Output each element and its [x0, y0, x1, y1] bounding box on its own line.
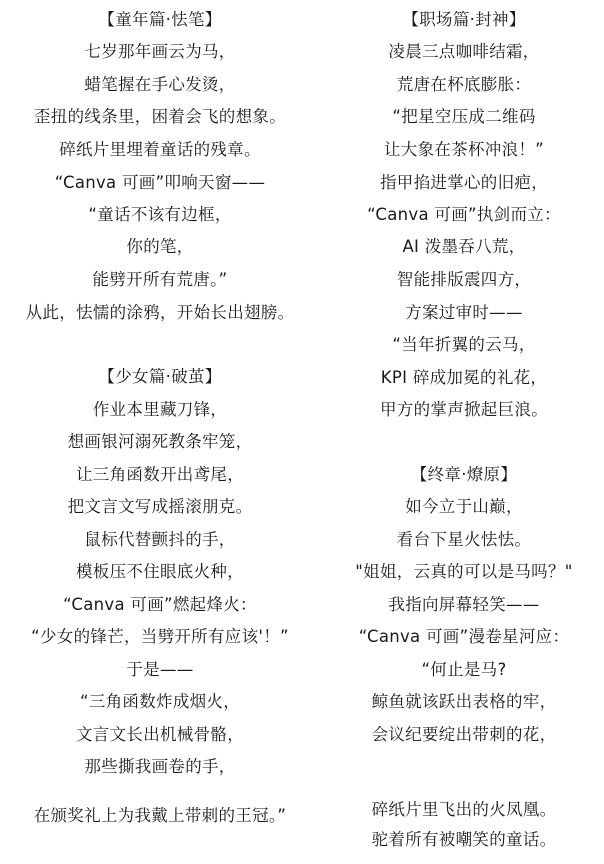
poem-line: 作业本里藏刀锋，	[0, 394, 320, 426]
poem-line: 于是——	[0, 654, 320, 686]
poem-line: “童话不该有边框，	[0, 199, 320, 231]
poem-line: 看台下星火怯怯。	[322, 524, 604, 556]
poem-line: 指甲掐进掌心的旧疤，	[322, 167, 604, 199]
poem-line: “少女的锋芒，当劈开所有应该'！”	[0, 621, 320, 653]
poem-line: 让三角函数开出鸢尾，	[0, 459, 320, 491]
poem-line: 会议纪要绽出带刺的花，	[322, 719, 604, 751]
poem-line: 能劈开所有荒唐。”	[0, 264, 320, 296]
poem-line: 甲方的掌声掀起巨浪。	[322, 394, 604, 426]
poem-line: 你的笔，	[0, 231, 320, 263]
poem-line: 歪扭的线条里，困着会飞的想象。	[0, 101, 320, 133]
section-title: 【终章·燎原】	[322, 459, 604, 491]
poem-line: “当年折翼的云马，	[322, 329, 604, 361]
section-title: 【职场篇·封神】	[322, 4, 604, 36]
poem-line: 如今立于山巅，	[322, 491, 604, 523]
poem-line: 蜡笔握在手心发烫，	[0, 69, 320, 101]
poem-line: “Canva 可画”漫卷星河应：	[322, 621, 604, 653]
poem-line: “把星空压成二维码	[322, 101, 604, 133]
poem-line: "姐姐，云真的可以是马吗？"	[322, 556, 604, 588]
poem-line: 碎纸片里埋着童话的残章。	[0, 134, 320, 166]
poem-line: 模板压不住眼底火种，	[0, 556, 320, 588]
poem-line: “Canva 可画”执剑而立：	[322, 199, 604, 231]
poem-line: “何止是马?	[322, 654, 604, 686]
poem-line: 智能排版震四方，	[322, 264, 604, 296]
poem-line: 鼠标代替颤抖的手，	[0, 524, 320, 556]
poem-line: 七岁那年画云为马，	[0, 36, 320, 68]
poem-line: “Canva 可画”燃起烽火：	[0, 589, 320, 621]
poem-line: 让大象在茶杯冲浪！”	[322, 134, 604, 166]
poem-line: 从此，怯懦的涂鸦，开始长出翅膀。	[0, 297, 320, 329]
poem-line: 鲸鱼就该跃出表格的牢，	[322, 686, 604, 718]
poem-line: 把文言文写成摇滚朋克。	[0, 491, 320, 523]
poem-line: “Canva 可画”叩响天窗——	[0, 167, 320, 199]
poem-line: KPI 碎成加冕的礼花，	[322, 362, 604, 394]
poem-line: AI 泼墨吞八荒，	[322, 231, 604, 263]
poem-line: 那些撕我画卷的手，	[0, 751, 320, 783]
poem-line: 碎纸片里飞出的火凤凰。	[322, 794, 604, 826]
poem-line: 我指向屏幕轻笑——	[322, 589, 604, 621]
poem-line: 文言文长出机械骨骼，	[0, 719, 320, 751]
section-title: 【少女篇·破茧】	[0, 361, 320, 393]
section-title: 【童年篇·怯笔】	[0, 4, 320, 36]
poem-line: 方案过审时——	[322, 297, 604, 329]
poem-line: 在颁奖礼上为我戴上带刺的王冠。”	[0, 800, 320, 832]
poem-line: 荒唐在杯底膨胀：	[322, 69, 604, 101]
poem-line: 驼着所有被嘲笑的童话。	[322, 824, 604, 856]
poem-line: “三角函数炸成烟火，	[0, 686, 320, 718]
poem-line: 想画银河溺死教条牢笼，	[0, 426, 320, 458]
poem-line: 凌晨三点咖啡结霜，	[322, 36, 604, 68]
